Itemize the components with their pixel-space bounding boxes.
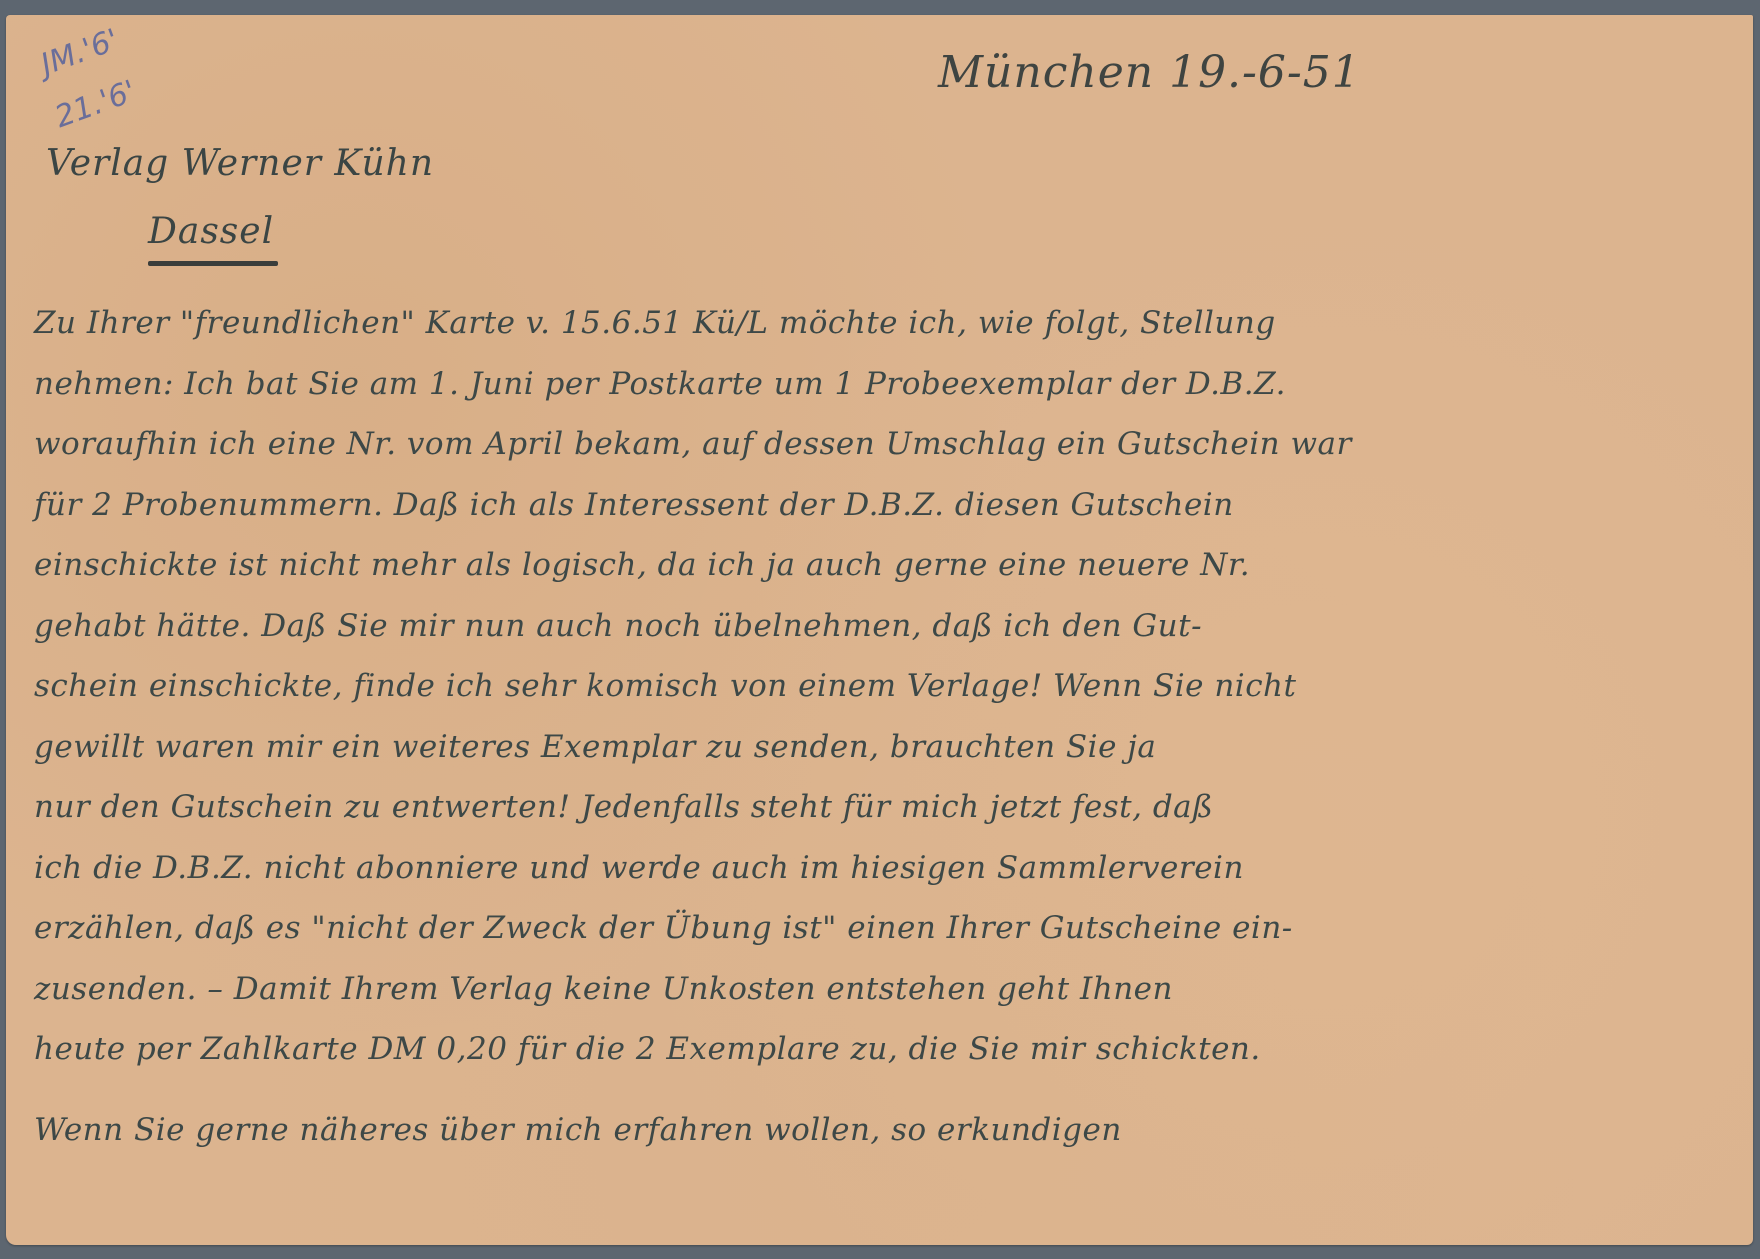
letter-line: Zu Ihrer "freundlichen" Karte v. 15.6.51…: [34, 293, 1734, 354]
letter-line: Wenn Sie gerne näheres über mich erfahre…: [34, 1100, 1734, 1161]
letter-line: ich die D.B.Z. nicht abonniere und werde…: [34, 838, 1734, 899]
addressee-city: Dassel: [148, 211, 274, 252]
letter-line: nur den Gutschein zu entwerten! Jedenfal…: [34, 777, 1734, 838]
place-and-date: München 19.-6-51: [938, 47, 1361, 98]
letter-line: einschickte ist nicht mehr als logisch, …: [34, 535, 1734, 596]
letter-line: woraufhin ich eine Nr. vom April bekam, …: [34, 414, 1734, 475]
letter-line: gewillt waren mir ein weiteres Exemplar …: [34, 717, 1734, 778]
letter-line: heute per Zahlkarte DM 0,20 für die 2 Ex…: [34, 1019, 1734, 1080]
city-underline: [148, 261, 278, 266]
postcard: JM.'6' 21.'6' München 19.-6-51 Verlag We…: [6, 15, 1753, 1245]
letter-line: gehabt hätte. Daß Sie mir nun auch noch …: [34, 596, 1734, 657]
letter-line: schein einschickte, finde ich sehr komis…: [34, 656, 1734, 717]
letter-line: für 2 Probenummern. Daß ich als Interess…: [34, 475, 1734, 536]
letter-line: nehmen: Ich bat Sie am 1. Juni per Postk…: [34, 354, 1734, 415]
letter-line: erzählen, daß es "nicht der Zweck der Üb…: [34, 898, 1734, 959]
addressee-name: Verlag Werner Kühn: [46, 143, 434, 184]
letter-body: Zu Ihrer "freundlichen" Karte v. 15.6.51…: [34, 293, 1734, 1160]
pencil-note-1: JM.'6': [36, 22, 123, 82]
pencil-note-2: 21.'6': [51, 74, 141, 135]
letter-line: zusenden. – Damit Ihrem Verlag keine Unk…: [34, 959, 1734, 1020]
